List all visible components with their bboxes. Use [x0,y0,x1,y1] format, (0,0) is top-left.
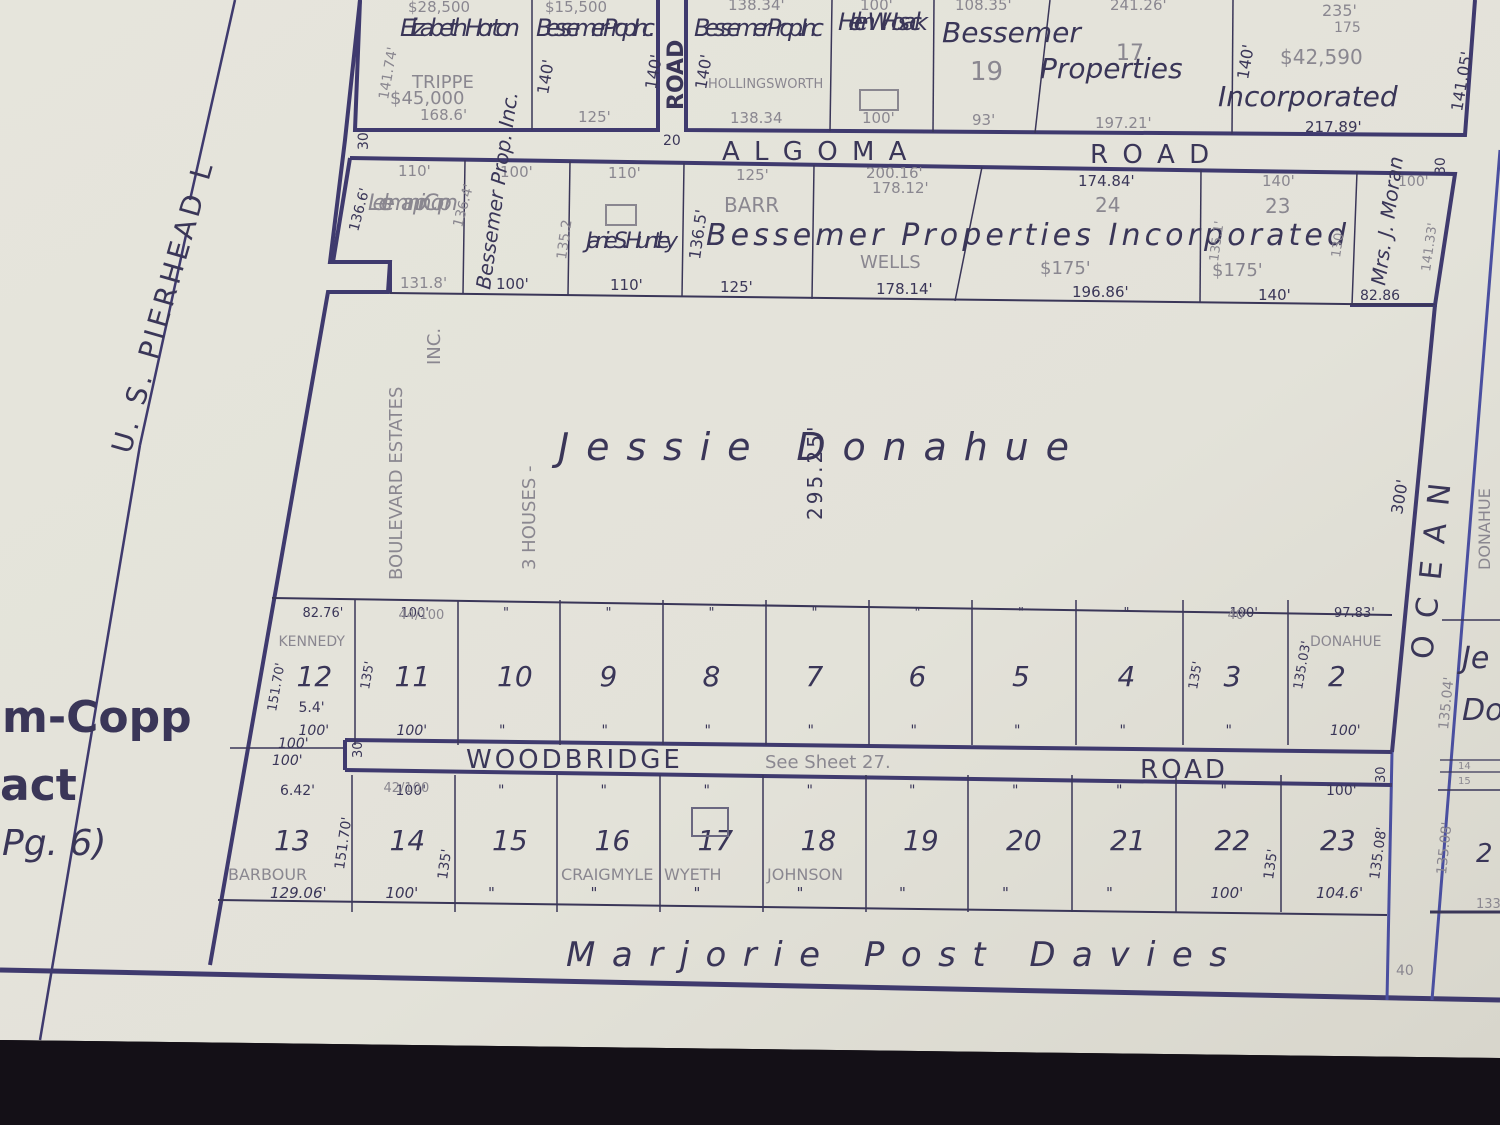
lot-top-dim: " [1124,606,1130,621]
dim-bottom: 110' [610,276,643,294]
lot-number: 7 [806,660,824,693]
lot-bottom-dim: " [488,884,495,902]
lot-number: 2 [1328,660,1346,693]
dim-bottom: 140' [1258,286,1291,304]
right-lot-b: 15 [1458,776,1471,787]
lot-top-dim: " [812,606,818,621]
lot-left-top: 100' [272,753,303,769]
owner-name: Elizabeth Horton [400,14,520,42]
lot-bottom-dim: 100' [1330,723,1361,739]
lot-bottom-dim: " [1226,723,1232,739]
lot-number: 4 [1118,660,1136,693]
dim-bottom: 196.86' [1072,283,1129,301]
lot-top-dim: " [1012,783,1018,799]
woodbridge-label-2: ROAD [1140,755,1228,785]
lot-top-dim: " [606,606,612,621]
lot-bottom-dim: " [591,884,598,902]
road-side-note: 30 [351,741,366,758]
lot-top-dim: " [915,606,921,621]
owner-name: Helen W. Hosack [838,8,929,36]
dim-bottom: 125' [720,278,753,296]
dim-bottom: 93' [972,111,995,129]
lot-top-dim: " [601,783,607,799]
woodbridge-label: WOODBRIDGE [466,745,683,775]
lot-top-dim: " [1018,606,1024,621]
owner-name: Bessemer Prop. Inc [694,14,824,42]
tract-name-1: m-Copp [2,692,192,743]
owner-name: Bessemer Properties Incorporated [706,218,1347,253]
dim-top: 125' [736,166,769,184]
dim-top: 110' [398,162,431,180]
lot-top-dim: 6.42' [280,783,315,799]
lot-bottom-dim: 100' [1211,884,1244,902]
lot-number: 21 [1110,824,1146,857]
lot-number: 22 [1215,824,1251,857]
owner-name: Bessemer [942,16,1082,49]
lot-bottom-dim: 100' [397,723,428,739]
lot-top-dim: " [503,606,509,621]
top-note: 108.35' [955,0,1012,14]
lot-bottom-dim: " [705,723,711,739]
tract-ref: Pg. 6) [2,823,106,864]
pencil-name: BARR [724,193,779,217]
lot-pencil-name: WYETH [664,865,722,884]
lot-number: 15 [492,824,528,857]
lot-top-dim: " [704,783,710,799]
lot-bottom-dim: " [797,884,804,902]
algoma-road-label-2: R O A D [1090,140,1212,170]
houses-label: 3 HOUSES - [519,466,540,571]
lot-top-dim: " [1116,783,1122,799]
lot-number: 12 [297,660,333,693]
lot-bottom-dim: " [911,723,917,739]
lot-bottom-dim: 129.06' [270,884,327,902]
top-note: 138.34' [728,0,785,14]
lot-top-dim: 100' [1326,783,1357,799]
dim-bottom: 168.6' [420,106,467,124]
owner-name: Janie S. Huntley [582,229,679,254]
lot-number: 10 [497,660,533,693]
lot-pencil-note: 40' [1228,608,1248,623]
lot-pencil-name: DONAHUE [1310,634,1381,650]
lot-pencil-name: KENNEDY [279,634,346,650]
lot-number: 8 [703,660,721,693]
lot-top-dim: " [807,783,813,799]
pencil-name: HOLLINGSWORTH [708,77,823,92]
top-note: 235' [1322,1,1357,20]
pencil-lot: 24 [1095,193,1120,217]
dim-bottom: 100' [862,109,895,127]
pencil-lot: 19 [970,57,1003,87]
owner-name: Incorporated [1218,80,1398,113]
lot-number: 19 [903,824,939,857]
top-note-2: 175 [1334,20,1361,36]
lot-number: 3 [1224,660,1242,693]
dim-bottom: 217.89' [1305,118,1362,136]
dim-bottom: 131.8' [400,274,447,292]
road-label-vertical: ROAD [664,40,689,110]
dim-bottom: 125' [578,108,611,126]
right-pencil-name: DONAHUE [1475,488,1494,570]
dim-top: 110' [608,164,641,182]
boulevard-estates-label: BOULEVARD ESTATES [386,387,407,580]
lot-top-dim: 97.83' [1334,606,1375,621]
main-dimension: 295.25' [803,424,827,520]
lot-number: 14 [390,824,426,857]
owner-name: Bessemer Prop. Inc. [536,14,656,42]
woodbridge-note: See Sheet 27. [765,752,891,773]
lot-top-dim: " [1221,783,1227,799]
right-lot-a: 14 [1458,761,1471,772]
top-note: 241.26' [1110,0,1167,14]
dim-top: 140' [1262,172,1295,190]
lot-top-dim: " [498,783,504,799]
pencil-lot: 23 [1265,194,1290,218]
dim-top: 174.84' [1078,172,1135,190]
lot-number: 20 [1006,824,1042,857]
lot-pencil-name: BARBOUR [228,865,307,884]
lot-12-bottom: 100' [278,736,309,752]
right-partial-lot: 2 [1476,839,1493,869]
right-partial-name-2: Do [1462,693,1500,728]
ocean-road-width: 40 [1396,963,1414,979]
lot-bottom-dim: " [1002,884,1009,902]
lot-top-dim: " [709,606,715,621]
right-partial-dim: 133 [1476,897,1500,912]
dim-bottom: 178.14' [876,280,933,298]
lot-number: 18 [801,824,837,857]
dim-bottom: 138.34 [730,109,783,127]
lot-pencil-name: JOHNSON [766,865,843,884]
lot-number: 5 [1012,660,1030,693]
lot-bottom-dim: 104.6' [1316,884,1363,902]
lot-bottom-dim: " [899,884,906,902]
boulevard-estates-inc: INC. [424,328,445,365]
road-width-note: 20 [663,133,681,149]
tract-name-2: act [0,760,77,811]
dim-bottom: 100' [496,275,529,293]
lot-bottom-dim: 100' [386,884,419,902]
lot-bottom-dim: " [1014,723,1020,739]
owner-name: Lecle-manpin Corpn [368,191,458,216]
lot-number: 9 [600,660,618,693]
road-side-note: 30 [356,132,372,150]
pencil-name: WELLS [860,252,921,273]
lot-pencil-note: 42/100 [384,781,430,796]
value-note: $175' [1040,258,1091,279]
lot-bottom-dim: " [499,723,505,739]
lot-number: 11 [395,660,431,693]
plat-map: U. S. PIERHEAD L m-Copp act Pg. 6) ROAD … [0,0,1500,1125]
owner-name: Properties [1040,52,1183,85]
dim-bottom: 82.86 [1360,288,1400,304]
lot-bottom-dim: " [1106,884,1113,902]
lot-number: 13 [274,824,310,857]
road-side-note: 30 [1374,766,1389,783]
lot-bottom-dim: " [1120,723,1126,739]
lot-bottom-dim: " [602,723,608,739]
lot-number: 6 [909,660,927,693]
lot-pencil-name: CRAIGMYLE [561,865,653,884]
lot-pencil-note: 44/100 [399,608,445,623]
lot-note: 5.4' [299,700,325,716]
right-partial-name-1: Je [1457,641,1489,676]
lot-number: 23 [1320,824,1356,857]
lot-bottom-dim: " [694,884,701,902]
lot-top-dim: 82.76' [303,606,344,621]
lot-number: 16 [595,824,631,857]
lot-bottom-dim: " [808,723,814,739]
dim-bottom: 197.21' [1095,114,1152,132]
value-note: $42,590 [1280,45,1363,69]
lot-top-dim: " [909,783,915,799]
dim-top-2: 178.12' [872,179,929,197]
